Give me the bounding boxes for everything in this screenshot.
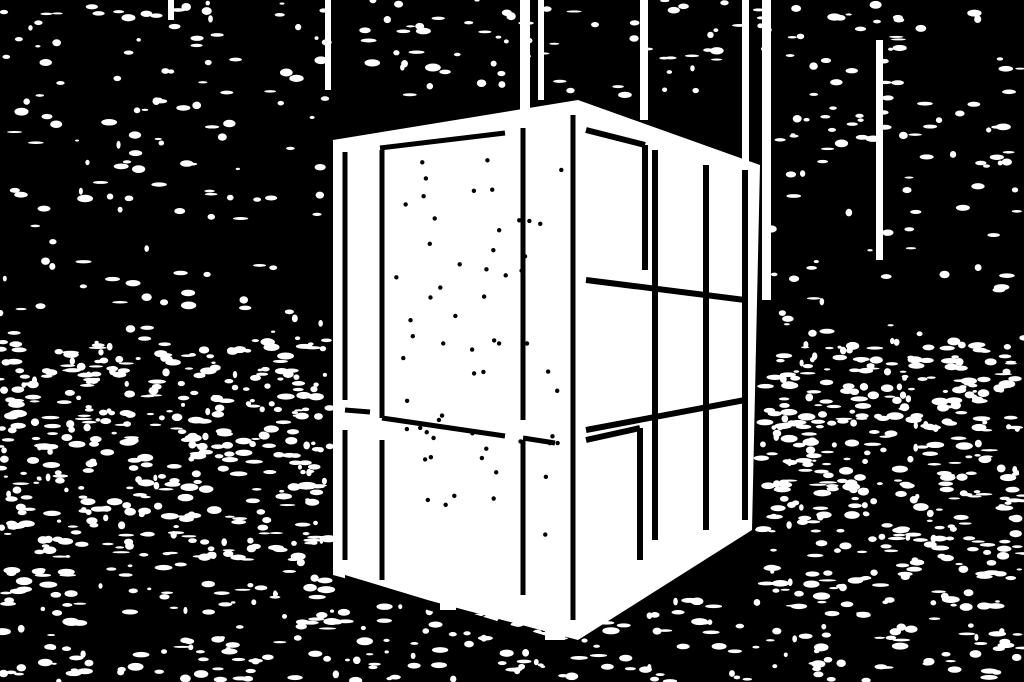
- scene-drawing: [0, 0, 1024, 682]
- photo-scene: [0, 0, 1024, 682]
